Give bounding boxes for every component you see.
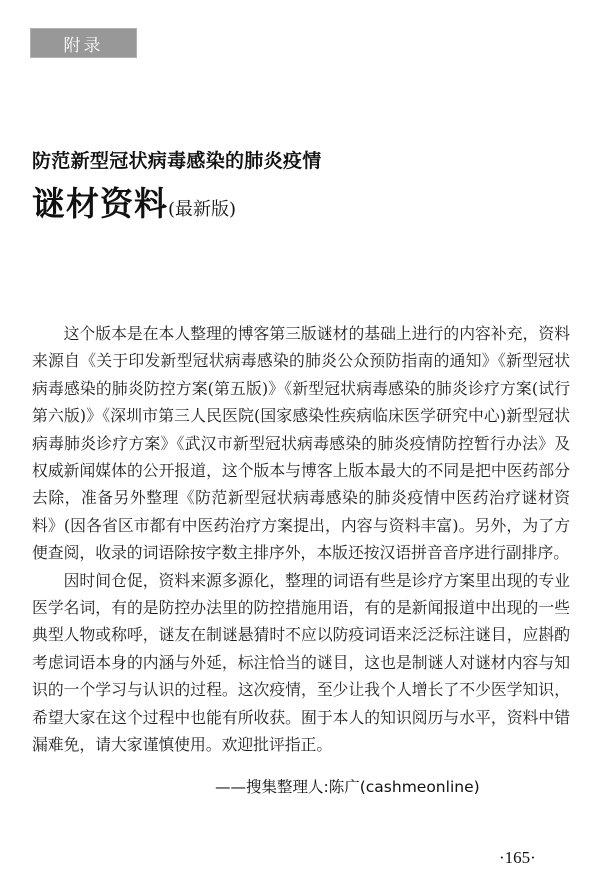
title-line-1: 防范新型冠状病毒感染的肺炎疫情	[32, 146, 322, 173]
body-text: 这个版本是在本人整理的博客第三版谜材的基础上进行的内容补充，资料来源自《关于印发…	[32, 320, 570, 759]
compiler-signature: ——搜集整理人:陈广(cashmeonline)	[215, 775, 480, 797]
paragraph-2: 因时间仓促，资料来源多源化，整理的词语有些是诊疗方案里出现的专业医学名词，有的是…	[32, 567, 570, 759]
title-main: 谜材资料	[32, 184, 168, 223]
page-number: ·165·	[499, 848, 536, 868]
title-line-2: 谜材资料(最新版)	[32, 178, 236, 225]
section-badge-appendix: 附录	[30, 28, 137, 58]
paragraph-1: 这个版本是在本人整理的博客第三版谜材的基础上进行的内容补充，资料来源自《关于印发…	[32, 320, 570, 567]
title-edition: (最新版)	[168, 199, 236, 220]
